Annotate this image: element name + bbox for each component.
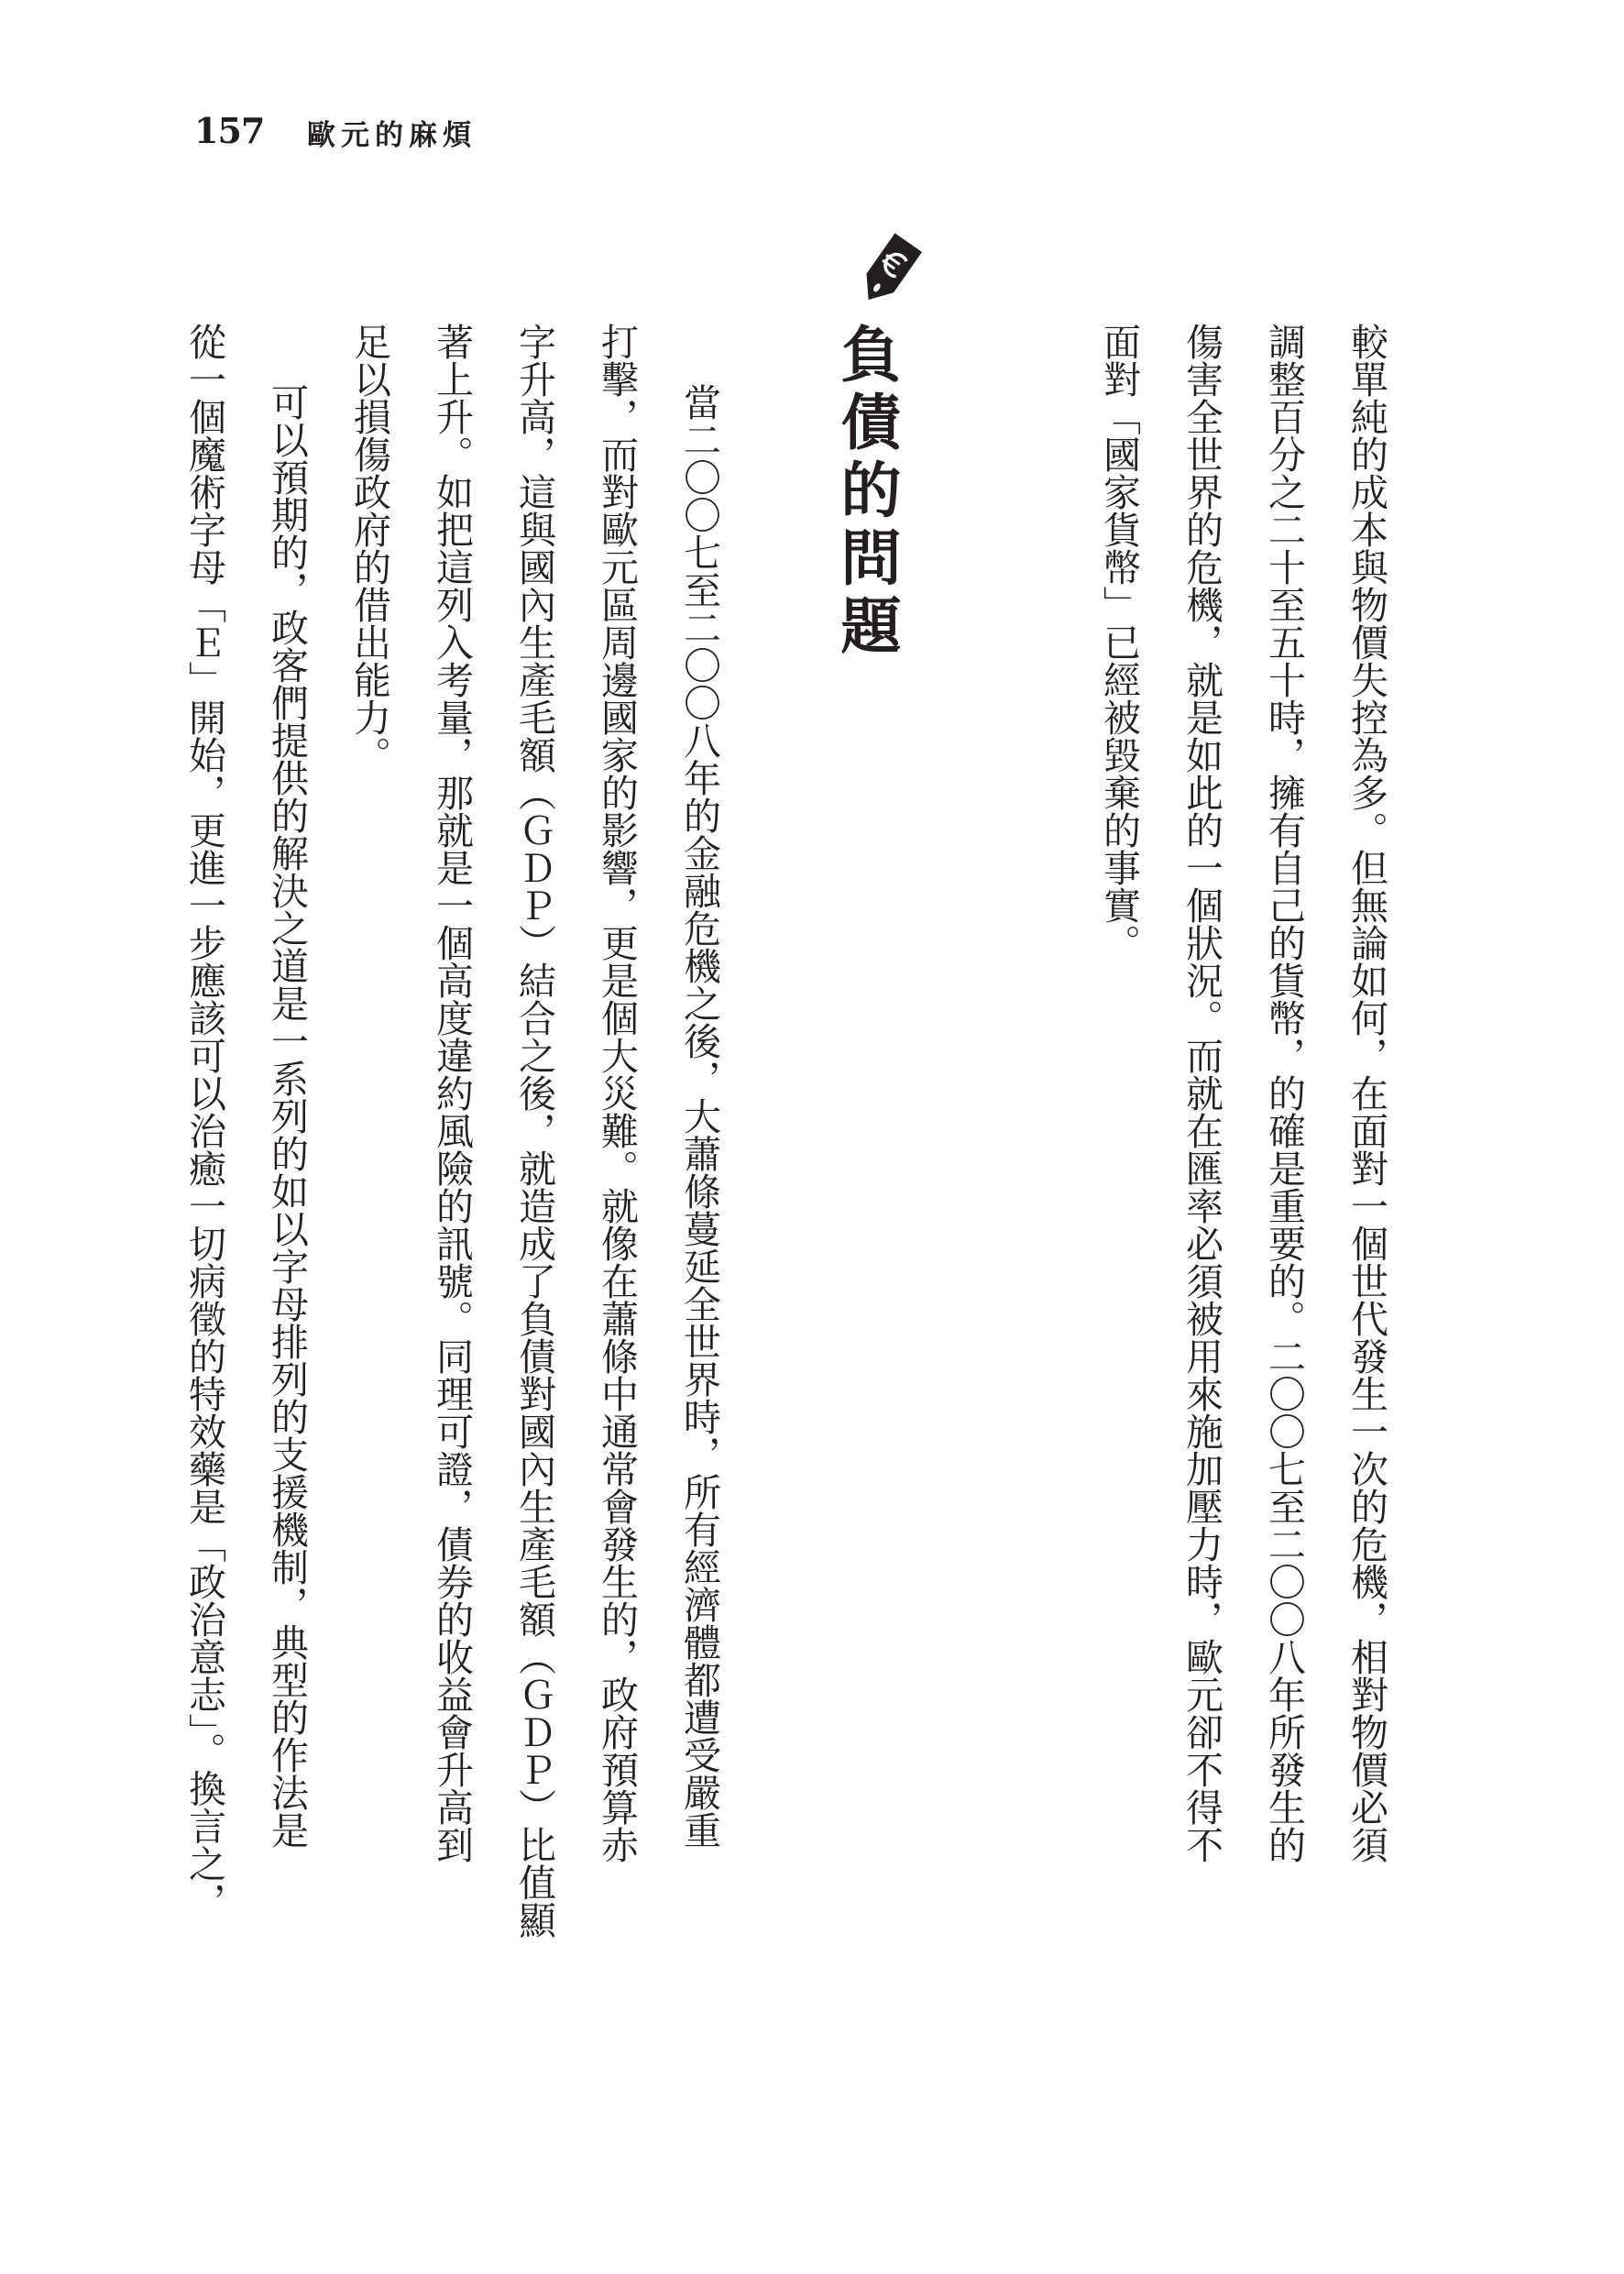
- text-column: 當二〇〇七至二〇〇八年的金融危機之後，大蕭條蔓延全世界時，所有經濟體都遭受嚴重: [678, 383, 720, 1849]
- text-column: 著上升。如把這列入考量，那就是一個高度違約風險的訊號。同理可證，債券的收益會升高…: [431, 323, 473, 1863]
- text-column: 打擊，而對歐元區周邊國家的影響，更是個大災難。就像在蕭條中通常會發生的，政府預算…: [596, 323, 638, 1863]
- running-title: 歐元的麻煩: [307, 112, 477, 153]
- text-column: 從一個魔術字母「Ｅ」開始，更進一步應該可以治癒一切病徵的特效藥是「政治意志」。換…: [183, 323, 225, 1920]
- text-column: 可以預期的，政客們提供的解決之道是一系列的如以字母排列的支援機制，典型的作法是: [266, 383, 308, 1849]
- text-column: 面對「國家貨幣」已經被毀棄的事實。: [1098, 323, 1140, 961]
- page-number: 157: [194, 110, 264, 151]
- text-column: 傷害全世界的危機，就是如此的一個狀況。而就在匯率必須被用來施加壓力時，歐元卻不得…: [1180, 323, 1223, 1863]
- text-column: 調整百分之二十至五十時，擁有自己的貨幣，的確是重要的。二〇〇七至二〇〇八年所發生…: [1263, 323, 1305, 1863]
- text-column: 較單純的成本與物價失控為多。但無論如何，在面對一個世代發生一次的危機，相對物價必…: [1345, 323, 1388, 1863]
- text-column: 字升高，這與國內生產毛額（ＧＤＰ）結合之後，就造成了負債對國內生產毛額（ＧＤＰ）…: [513, 323, 555, 1939]
- section-title: 負債的問題: [827, 323, 900, 662]
- euro-tag-icon: [852, 229, 926, 312]
- text-column: 足以損傷政府的借出能力。: [348, 323, 390, 774]
